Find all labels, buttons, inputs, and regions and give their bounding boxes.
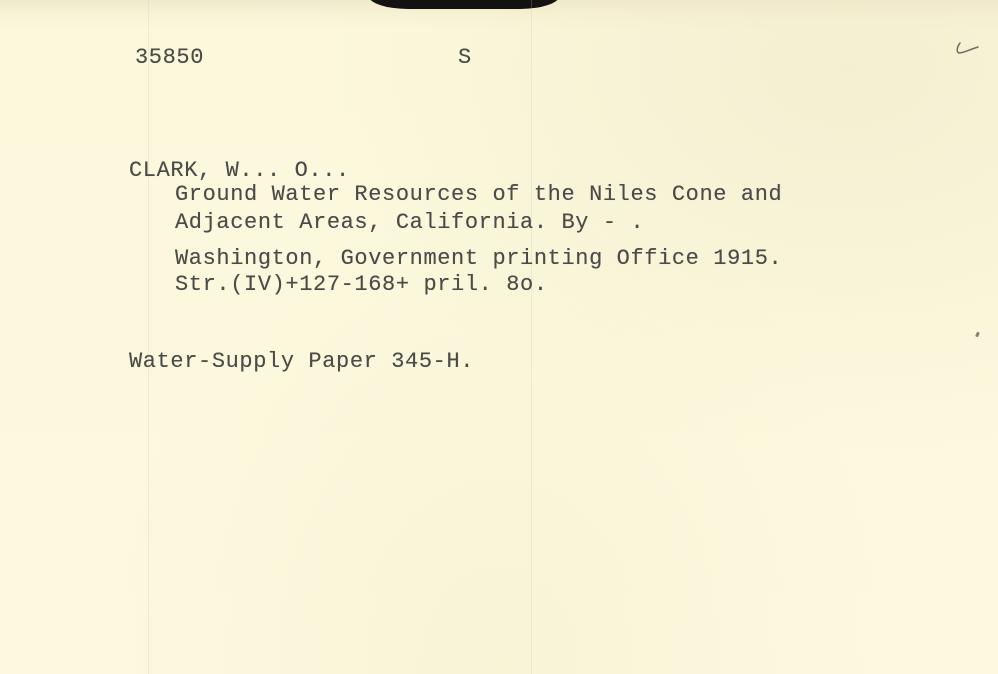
paper-crease (148, 0, 149, 674)
title-line-1: Ground Water Resources of the Niles Cone… (175, 182, 782, 208)
collation: Str.(IV)+127-168+ pril. 8o. (175, 272, 548, 298)
handwritten-check-icon (954, 40, 980, 56)
catalog-card: 35850 S CLARK, W... O... Ground Water Re… (0, 0, 998, 674)
title-line-2: Adjacent Areas, California. By - . (175, 210, 644, 236)
paper-crease (531, 0, 532, 674)
imprint: Washington, Government printing Office 1… (175, 246, 782, 272)
ink-speck (975, 332, 980, 338)
accession-number: 35850 (135, 45, 204, 71)
author-heading: CLARK, W... O... (129, 158, 350, 184)
location-mark: S (458, 45, 472, 71)
series-statement: Water-Supply Paper 345-H. (129, 349, 474, 375)
